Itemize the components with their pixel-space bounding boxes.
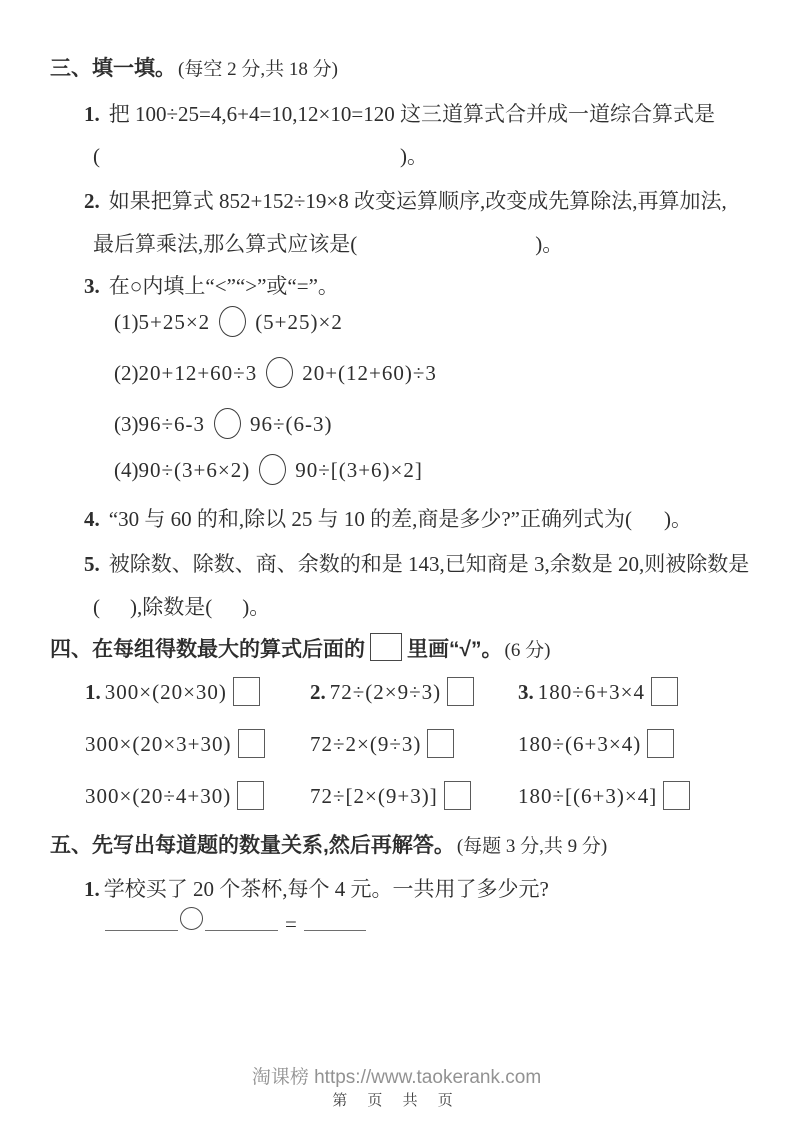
mid-text: ),除数是( [130, 595, 212, 619]
expression-cell: 180÷[(6+3)×4] [518, 780, 690, 813]
section4-title-suffix: 里画“√”。 [407, 638, 503, 661]
question-3-prompt: 3.在○内填上“<”“>”或“=”。 [84, 270, 339, 302]
compare-item-4: (4)90÷(3+6×2)90÷[(3+6)×2] [114, 454, 423, 486]
expression-text: 72÷(2×9÷3) [330, 680, 441, 704]
question-4-number: 4. [84, 507, 100, 531]
question-2-line1: 2.如果把算式 852+152÷19×8 改变运算顺序,改变成先算除法,再算加法… [84, 185, 727, 217]
close-paren: )。 [400, 144, 428, 168]
expression-text: 72÷2×(9÷3) [310, 732, 421, 756]
expression-number: 1. [85, 680, 101, 704]
question-number: 1. [84, 877, 100, 901]
answer-blank-parens[interactable] [357, 249, 535, 251]
right-expression: 90÷[(3+6)×2] [295, 458, 423, 482]
right-expression: 20+(12+60)÷3 [302, 361, 437, 385]
expression-text: 300×(20÷4+30) [85, 784, 231, 808]
section5-question-1: 1.学校买了 20 个茶杯,每个 4 元。一共用了多少元? [84, 873, 549, 905]
answer-blank-parens[interactable] [100, 612, 130, 614]
comparison-circle[interactable] [266, 357, 293, 388]
section5-points-note: (每题 3 分,共 9 分) [457, 836, 607, 857]
question-2-text-continued: 最后算乘法,那么算式应该是( [93, 232, 357, 256]
question-3-number: 3. [84, 274, 100, 298]
answer-blank-parens[interactable] [632, 524, 664, 526]
question-5-line1: 5.被除数、除数、商、余数的和是 143,已知商是 3,余数是 20,则被除数是 [84, 548, 749, 580]
section3-heading: 三、填一填。(每空 2 分,共 18 分) [50, 53, 338, 85]
expression-text: 300×(20×3+30) [85, 732, 232, 756]
section5-title: 五、先写出每道题的数量关系,然后再解答。 [50, 834, 455, 857]
open-paren: ( [93, 595, 100, 619]
item-label: (3) [114, 412, 139, 436]
check-box[interactable] [651, 677, 678, 706]
expression-number: 3. [518, 680, 534, 704]
operator-circle[interactable] [180, 907, 203, 930]
check-box[interactable] [647, 729, 674, 758]
section4-title-prefix: 四、在每组得数最大的算式后面的 [50, 638, 365, 661]
question-text: 学校买了 20 个茶杯,每个 4 元。一共用了多少元? [104, 877, 549, 901]
expression-cell: 300×(20×3+30) [85, 728, 265, 761]
question-1-number: 1. [84, 102, 100, 126]
right-expression: (5+25)×2 [255, 310, 343, 334]
section4-points-note: (6 分) [505, 640, 551, 661]
check-box[interactable] [237, 781, 264, 810]
answer-blank-parens[interactable] [212, 612, 242, 614]
left-expression: 96÷6-3 [139, 412, 206, 436]
check-box[interactable] [233, 677, 260, 706]
footer-watermark: 淘课榜 https://www.taokerank.com [0, 1066, 793, 1090]
expression-text: 180÷6+3×4 [538, 680, 645, 704]
expression-cell: 300×(20÷4+30) [85, 780, 264, 813]
question-2-text: 如果把算式 852+152÷19×8 改变运算顺序,改变成先算除法,再算加法, [109, 189, 727, 213]
question-5-text: 被除数、除数、商、余数的和是 143,已知商是 3,余数是 20,则被除数是 [109, 552, 750, 576]
item-label: (4) [114, 458, 139, 482]
left-expression: 5+25×2 [139, 310, 211, 334]
comparison-circle[interactable] [259, 454, 286, 485]
check-box[interactable] [238, 729, 265, 758]
left-expression: 90÷(3+6×2) [139, 458, 251, 482]
comparison-circle[interactable] [214, 408, 241, 439]
expression-cell: 72÷[2×(9+3)] [310, 780, 471, 813]
check-box[interactable] [444, 781, 471, 810]
check-box[interactable] [447, 677, 474, 706]
close-paren: )。 [242, 595, 270, 619]
inline-check-box-sample [370, 633, 402, 661]
answer-equation-line: = [105, 908, 366, 940]
close-paren: )。 [664, 507, 692, 531]
expression-cell: 2.72÷(2×9÷3) [310, 676, 474, 709]
close-paren: )。 [535, 232, 563, 256]
expression-cell: 1.300×(20×30) [85, 676, 260, 709]
answer-blank[interactable] [205, 908, 278, 931]
question-2-line2: 最后算乘法,那么算式应该是()。 [93, 228, 563, 260]
question-4: 4.“30 与 60 的和,除以 25 与 10 的差,商是多少?”正确列式为(… [84, 503, 692, 535]
section3-title: 三、填一填。 [50, 57, 176, 80]
question-1-answer-line: ()。 [93, 140, 428, 172]
equals-sign: = [285, 912, 297, 936]
section3-points-note: (每空 2 分,共 18 分) [178, 59, 338, 80]
answer-blank[interactable] [304, 908, 366, 931]
expression-cell: 72÷2×(9÷3) [310, 728, 454, 761]
expression-number: 2. [310, 680, 326, 704]
question-1-line1: 1.把 100÷25=4,6+4=10,12×10=120 这三道算式合并成一道… [84, 98, 715, 130]
question-4-text: “30 与 60 的和,除以 25 与 10 的差,商是多少?”正确列式为( [109, 507, 632, 531]
section5-heading: 五、先写出每道题的数量关系,然后再解答。(每题 3 分,共 9 分) [50, 830, 607, 862]
comparison-circle[interactable] [219, 306, 246, 337]
expression-text: 180÷(6+3×4) [518, 732, 641, 756]
check-box[interactable] [663, 781, 690, 810]
item-label: (2) [114, 361, 139, 385]
compare-item-2: (2)20+12+60÷320+(12+60)÷3 [114, 357, 437, 389]
expression-cell: 180÷(6+3×4) [518, 728, 674, 761]
right-expression: 96÷(6-3) [250, 412, 333, 436]
expression-text: 180÷[(6+3)×4] [518, 784, 657, 808]
answer-blank-parens[interactable] [100, 161, 400, 163]
question-2-number: 2. [84, 189, 100, 213]
footer-page-info: 第 页 共 页 [0, 1091, 793, 1111]
answer-blank[interactable] [105, 908, 178, 931]
question-3-text: 在○内填上“<”“>”或“=”。 [109, 274, 339, 298]
expression-cell: 3.180÷6+3×4 [518, 676, 678, 709]
open-paren: ( [93, 144, 100, 168]
left-expression: 20+12+60÷3 [139, 361, 258, 385]
worksheet-page: 三、填一填。(每空 2 分,共 18 分) 1.把 100÷25=4,6+4=1… [0, 0, 793, 1122]
compare-item-3: (3)96÷6-396÷(6-3) [114, 408, 333, 440]
section4-heading: 四、在每组得数最大的算式后面的里画“√”。(6 分) [50, 634, 550, 666]
question-1-text: 把 100÷25=4,6+4=10,12×10=120 这三道算式合并成一道综合… [109, 102, 715, 126]
question-5-number: 5. [84, 552, 100, 576]
expression-text: 72÷[2×(9+3)] [310, 784, 438, 808]
compare-item-1: (1)5+25×2(5+25)×2 [114, 306, 343, 338]
check-box[interactable] [427, 729, 454, 758]
question-5-line2: (),除数是()。 [93, 591, 270, 623]
item-label: (1) [114, 310, 139, 334]
expression-text: 300×(20×30) [105, 680, 227, 704]
